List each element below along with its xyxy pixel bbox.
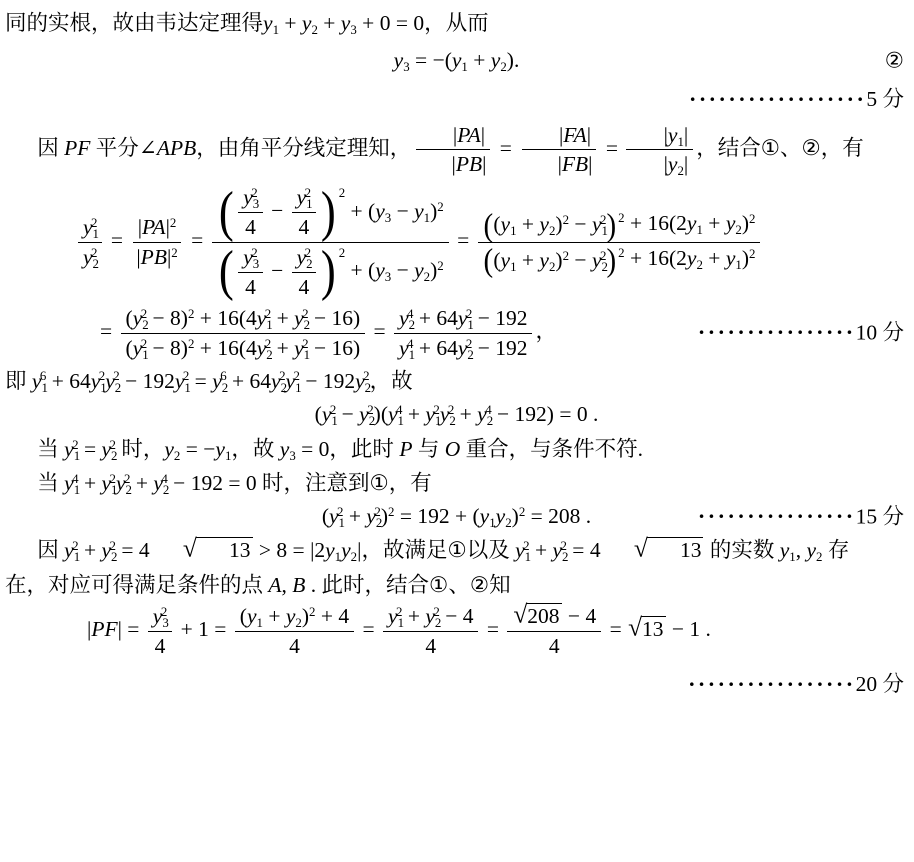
math-run: (y12 + y22)2 = 192 + (y1y2)2 = 208 . — [322, 504, 591, 528]
math-run: P — [399, 437, 412, 461]
fraction: |PA|2|PB|2 — [131, 214, 182, 271]
fraction: |FA||FB| — [520, 122, 597, 179]
text-run: 因 — [37, 538, 64, 562]
fraction-denominator: 4 — [240, 273, 261, 301]
line-expanded: 即 y16 + 64y12y22 − 192y12 = y26 + 64y22y… — [5, 366, 908, 397]
close-paren: ) — [321, 244, 336, 300]
line-existence-2: 在，对应可得满足条件的点 A, B . 此时，结合①、②知 — [5, 570, 908, 601]
fraction-denominator: |PB| — [414, 150, 491, 178]
fraction: y224 — [292, 244, 316, 301]
paren-group: (y324 − y224)2 — [217, 244, 346, 301]
fraction: y324 — [148, 603, 172, 660]
text-run: 在，对应可得满足条件的点 — [5, 573, 268, 597]
math-run: + 1 = — [175, 617, 232, 641]
math-run: y12 + y22 = 4 — [515, 538, 600, 562]
close-paren: ) — [607, 244, 617, 276]
fraction-numerator: y32 — [238, 244, 262, 273]
math-run: − — [266, 199, 289, 223]
math-run: + (y3 − y1)2 — [345, 199, 444, 223]
fraction-numerator: (y22 − 8)2 + 16(4y12 + y22 − 16) — [121, 305, 366, 334]
math-run: |PF| = — [87, 617, 145, 641]
text-run: 5 分 — [866, 87, 904, 111]
fraction-numerator: y24 + 64y12 − 192 — [394, 305, 532, 334]
fraction-numerator: (y324 − y124)2 + (y3 − y1)2 — [212, 184, 449, 243]
square-root: √13 — [628, 616, 665, 642]
line-ratio-squared-content: y12y22 = |PA|2|PB|2 = (y324 − y124)2 + (… — [75, 228, 763, 252]
text-run: 同的实根，故由韦达定理得 — [5, 11, 263, 35]
line-eq-208-content: (y12 + y22)2 = 192 + (y1y2)2 = 208 . — [322, 504, 591, 528]
fraction-numerator: ((y1 + y2)2 − y12)2 + 16(2y1 + y2)2 — [478, 209, 761, 243]
math-run: = — [481, 617, 504, 641]
paren-group: ((y1 + y2)2 − y22)2 — [483, 244, 625, 276]
math-run: (y22 − 8)2 + 16(4y12 + y22 − 16) — [126, 306, 361, 330]
math-run: y14 + y12y22 + y24 − 192 = 0 — [64, 471, 256, 495]
fraction: (y324 − y124)2 + (y3 − y1)2(y324 − y224)… — [212, 184, 449, 301]
math-run: y24 + 64y12 − 192 — [399, 306, 527, 330]
line-case-1: 当 y12 = y22 时，y2 = −y1，故 y3 = 0，此时 P 与 O… — [5, 434, 908, 465]
math-run: 4 — [549, 634, 560, 658]
square-root: √13 — [602, 537, 704, 563]
math-run: + 16(2y2 + y1)2 — [625, 246, 756, 270]
math-run: + 16(2y1 + y2)2 — [625, 211, 756, 235]
text-run: 平分 — [90, 136, 138, 160]
text-run: ，结合①、②，有 — [696, 136, 864, 160]
line-expanded-content: 即 y16 + 64y12y22 − 192y12 = y26 + 64y22y… — [5, 369, 413, 393]
open-paren: ( — [483, 209, 493, 241]
dots-leader: •••••••••••••••• — [698, 325, 856, 340]
text-run: ，故 — [231, 437, 279, 461]
math-run: 4 — [425, 634, 436, 658]
fraction-numerator: √208 − 4 — [507, 603, 601, 632]
paren-group-content: y324 − y224 — [235, 244, 319, 301]
math-run: y16 + 64y12y22 − 192y12 = y26 + 64y22y12… — [32, 369, 370, 393]
fraction: (y22 − 8)2 + 16(4y12 + y22 − 16)(y12 − 8… — [121, 305, 366, 362]
math-run: |PB|2 — [136, 245, 177, 269]
line-simplified-ratio-content: = (y22 − 8)2 + 16(4y12 + y22 − 16)(y12 −… — [100, 319, 557, 343]
text-run: . 此时，结合①、②知 — [305, 573, 510, 597]
line-eq-208-marker: ••••••••••••••••15 分 — [698, 501, 904, 532]
fraction-numerator: (y1 + y2)2 + 4 — [235, 603, 354, 632]
text-run: 15 分 — [856, 504, 904, 528]
fraction-numerator: |PA|2 — [133, 214, 182, 243]
math-run: y3 = 0 — [280, 437, 330, 461]
line-existence-2-content: 在，对应可得满足条件的点 A, B . 此时，结合①、②知 — [5, 573, 511, 597]
text-run: ，故 — [370, 369, 413, 393]
math-run: 4 — [245, 275, 256, 299]
math-run: O — [445, 437, 461, 461]
radicand: 13 — [641, 616, 666, 642]
fraction: (y1 + y2)2 + 44 — [235, 603, 354, 660]
radical-icon: √ — [151, 537, 197, 562]
math-run: (y12 − 8)2 + 16(4y22 + y12 − 16) — [126, 336, 361, 360]
math-run: y12 + y22 = 4 — [64, 538, 149, 562]
text-run: 时，注意到①，有 — [257, 471, 432, 495]
paren-group-content: y324 − y124 — [235, 184, 319, 241]
math-run: > 8 = |2y1y2| — [254, 538, 362, 562]
radicand: 208 — [526, 603, 561, 629]
fraction-numerator: y12 + y22 − 4 — [383, 603, 478, 632]
text-run: ② — [885, 48, 904, 72]
open-paren: ( — [483, 244, 493, 276]
math-run: − — [266, 258, 289, 282]
math-run: 4 — [245, 215, 256, 239]
paren-group: ((y1 + y2)2 − y12)2 — [483, 209, 625, 241]
line-simplified-ratio-marker: ••••••••••••••••10 分 — [698, 318, 904, 349]
math-run: 4 — [298, 275, 309, 299]
text-run: 20 分 — [856, 672, 904, 696]
fraction: |y1||y2| — [626, 122, 693, 179]
text-run: 当 — [37, 437, 64, 461]
fraction-denominator: 4 — [293, 213, 314, 241]
radical-icon: √ — [602, 537, 648, 562]
text-run: 因 — [37, 136, 64, 160]
text-run: ， — [535, 319, 557, 343]
math-run: y3 = −(y1 + y2). — [394, 48, 520, 72]
math-run: (y1 + y2)2 + 4 — [240, 604, 349, 628]
math-run: y22 — [83, 245, 97, 269]
math-run: (y1 + y2)2 − y22 — [493, 248, 606, 272]
line-pf-result-content: |PF| = y324 + 1 = (y1 + y2)2 + 44 = y12 … — [87, 617, 711, 641]
fraction-numerator: y12 — [78, 214, 102, 243]
paren-group-content: (y1 + y2)2 − y22 — [493, 247, 606, 274]
paren-group: (y324 − y124)2 — [217, 184, 346, 241]
math-run: = — [604, 617, 627, 641]
line-ratio-squared: y12y22 = |PA|2|PB|2 = (y324 − y124)2 + (… — [75, 184, 908, 301]
fraction-numerator: y12 — [292, 184, 316, 213]
math-run: y12 — [83, 215, 97, 239]
text-run: 时， — [116, 437, 164, 461]
dots-leader: •••••••••••••••••• — [689, 92, 866, 107]
text-run: 的实数 — [704, 538, 779, 562]
fraction-denominator: y22 — [78, 243, 102, 271]
fraction: y24 + 64y12 − 192y14 + 64y22 − 192 — [394, 305, 532, 362]
fraction-numerator: |PA| — [416, 122, 490, 151]
fraction-numerator: |y1| — [626, 122, 693, 151]
line-score-5-content: ••••••••••••••••••5 分 — [689, 87, 904, 111]
math-run: y32 — [243, 185, 257, 209]
math-run: |PB| — [452, 152, 487, 176]
math-run: y14 + 64y22 − 192 — [399, 336, 527, 360]
fraction-denominator: 4 — [544, 632, 565, 660]
text-run: ，由角平分线定理知， — [196, 136, 411, 160]
math-run: y1, y2 — [780, 538, 823, 562]
text-run: 存 — [823, 538, 850, 562]
math-run: y12 + y22 − 4 — [388, 604, 473, 628]
math-run: y2 = −y1 — [164, 437, 231, 461]
radical-icon: √ — [628, 616, 642, 641]
fraction-denominator: |FB| — [520, 150, 597, 178]
math-run: = — [600, 136, 623, 160]
text-run: 当 — [37, 471, 64, 495]
line-existence: 因 y12 + y22 = 4√13 > 8 = |2y1y2|，故满足①以及 … — [5, 535, 908, 566]
math-run: (y1 + y2)2 − y12 — [493, 212, 606, 236]
math-run: 4 — [289, 634, 300, 658]
math-run: y32 — [153, 604, 167, 628]
line-factored-content: (y12 − y22)(y14 + y12y22 + y24 − 192) = … — [315, 402, 599, 426]
radical-icon: √ — [513, 602, 527, 627]
math-run: |y1| — [664, 123, 689, 147]
line-angle-bisector-content: 因 PF 平分∠APB，由角平分线定理知，|PA||PB| = |FA||FB|… — [37, 136, 864, 160]
text-run: 10 分 — [856, 321, 904, 345]
text-run: 与 — [412, 437, 444, 461]
text-run: 重合，与条件不符. — [460, 437, 643, 461]
math-run: = — [186, 228, 209, 252]
square-root: √13 — [151, 537, 253, 563]
line-case-1-content: 当 y12 = y22 时，y2 = −y1，故 y3 = 0，此时 P 与 O… — [37, 437, 643, 461]
line-vieta-content: 同的实根，故由韦达定理得y1 + y2 + y3 + 0 = 0，从而 — [5, 11, 489, 35]
math-run: |y2| — [664, 152, 689, 176]
line-vieta: 同的实根，故由韦达定理得y1 + y2 + y3 + 0 = 0，从而 — [5, 8, 908, 39]
line-existence-content: 因 y12 + y22 = 4√13 > 8 = |2y1y2|，故满足①以及 … — [37, 538, 849, 562]
line-eq-208: (y12 + y22)2 = 192 + (y1y2)2 = 208 .••••… — [5, 501, 908, 532]
fraction-denominator: y14 + 64y22 − 192 — [394, 334, 532, 362]
math-run: |PA| — [453, 123, 485, 147]
fraction-denominator: ((y1 + y2)2 − y22)2 + 16(2y2 + y1)2 — [478, 243, 761, 276]
fraction-numerator: y32 — [238, 184, 262, 213]
paren-group-content: (y1 + y2)2 − y12 — [493, 211, 606, 238]
text-run: ，从而 — [424, 11, 489, 35]
line-score-20: •••••••••••••••••20 分 — [5, 669, 908, 700]
math-run: = — [105, 228, 128, 252]
dots-leader: •••••••••••••••• — [698, 509, 856, 524]
math-run: y12 — [297, 185, 311, 209]
math-run: 4 — [155, 634, 166, 658]
line-score-20-content: •••••••••••••••••20 分 — [688, 672, 904, 696]
group-exponent: 2 — [618, 244, 624, 262]
fraction: |PA||PB| — [414, 122, 491, 179]
math-run: = — [368, 319, 391, 343]
text-run: 即 — [5, 369, 32, 393]
line-simplified-ratio: = (y22 − 8)2 + 16(4y12 + y22 − 16)(y12 −… — [100, 305, 908, 362]
fraction-denominator: 4 — [293, 273, 314, 301]
math-run: − 1 . — [667, 617, 711, 641]
math-run: + (y3 − y2)2 — [345, 258, 444, 282]
fraction-denominator: |PB|2 — [131, 243, 182, 271]
line-eq-2-content: y3 = −(y1 + y2). — [394, 48, 520, 72]
fraction-denominator: |y2| — [626, 150, 693, 178]
math-run: = — [452, 228, 475, 252]
math-run: y12 = y22 — [64, 437, 116, 461]
dots-leader: ••••••••••••••••• — [688, 677, 856, 692]
text-run: ，此时 — [329, 437, 399, 461]
radicand: 13 — [647, 537, 704, 563]
math-run: y1 + y2 + y3 + 0 = 0 — [263, 11, 424, 35]
close-paren: ) — [321, 185, 336, 241]
fraction-numerator: |FA| — [522, 122, 596, 151]
math-run: ∠APB — [139, 136, 196, 160]
fraction: y12 + y22 − 44 — [383, 603, 478, 660]
math-run: − 4 — [563, 604, 597, 628]
math-run: 4 — [298, 215, 309, 239]
fraction-denominator: (y324 − y224)2 + (y3 − y2)2 — [212, 243, 449, 301]
fraction: √208 − 44 — [507, 603, 601, 660]
text-run: ，故满足①以及 — [361, 538, 515, 562]
fraction: ((y1 + y2)2 − y12)2 + 16(2y1 + y2)2((y1 … — [478, 209, 761, 277]
fraction-denominator: 4 — [240, 213, 261, 241]
close-paren: ) — [607, 209, 617, 241]
math-run: = — [494, 136, 517, 160]
line-score-5: ••••••••••••••••••5 分 — [5, 84, 908, 115]
math-run: = — [357, 617, 380, 641]
line-angle-bisector: 因 PF 平分∠APB，由角平分线定理知，|PA||PB| = |FA||FB|… — [5, 122, 908, 179]
line-case-2-content: 当 y14 + y12y22 + y24 − 192 = 0 时，注意到①，有 — [37, 471, 431, 495]
line-pf-result: |PF| = y324 + 1 = (y1 + y2)2 + 44 = y12 … — [87, 603, 908, 660]
line-factored: (y12 − y22)(y14 + y12y22 + y24 − 192) = … — [5, 399, 908, 430]
fraction-numerator: y32 — [148, 603, 172, 632]
math-run: y22 — [297, 245, 311, 269]
fraction: y324 — [238, 244, 262, 301]
math-run: |PA|2 — [138, 215, 177, 239]
fraction: y12y22 — [78, 214, 102, 271]
document-page: 同的实根，故由韦达定理得y1 + y2 + y3 + 0 = 0，从而y3 = … — [5, 8, 908, 701]
math-run: (y12 − y22)(y14 + y12y22 + y24 − 192) = … — [315, 402, 599, 426]
group-exponent: 2 — [618, 209, 624, 227]
fraction-denominator: (y12 − 8)2 + 16(4y22 + y12 − 16) — [121, 334, 366, 362]
math-run: |FB| — [558, 152, 593, 176]
math-run: y32 — [243, 245, 257, 269]
math-run: = — [100, 319, 118, 343]
line-eq-2-marker: ② — [885, 45, 904, 76]
math-run: PF — [64, 136, 90, 160]
fraction: y324 — [238, 184, 262, 241]
line-eq-2: y3 = −(y1 + y2).② — [5, 45, 908, 76]
fraction-denominator: 4 — [420, 632, 441, 660]
radicand: 13 — [196, 537, 253, 563]
fraction-numerator: y22 — [292, 244, 316, 273]
open-paren: ( — [218, 185, 233, 241]
fraction: y124 — [292, 184, 316, 241]
line-case-2: 当 y14 + y12y22 + y24 − 192 = 0 时，注意到①，有 — [5, 468, 908, 499]
open-paren: ( — [218, 244, 233, 300]
math-run: |FA| — [559, 123, 591, 147]
square-root: √208 — [513, 603, 561, 629]
fraction-denominator: 4 — [284, 632, 305, 660]
math-run: A, B — [268, 573, 305, 597]
fraction-denominator: 4 — [150, 632, 171, 660]
